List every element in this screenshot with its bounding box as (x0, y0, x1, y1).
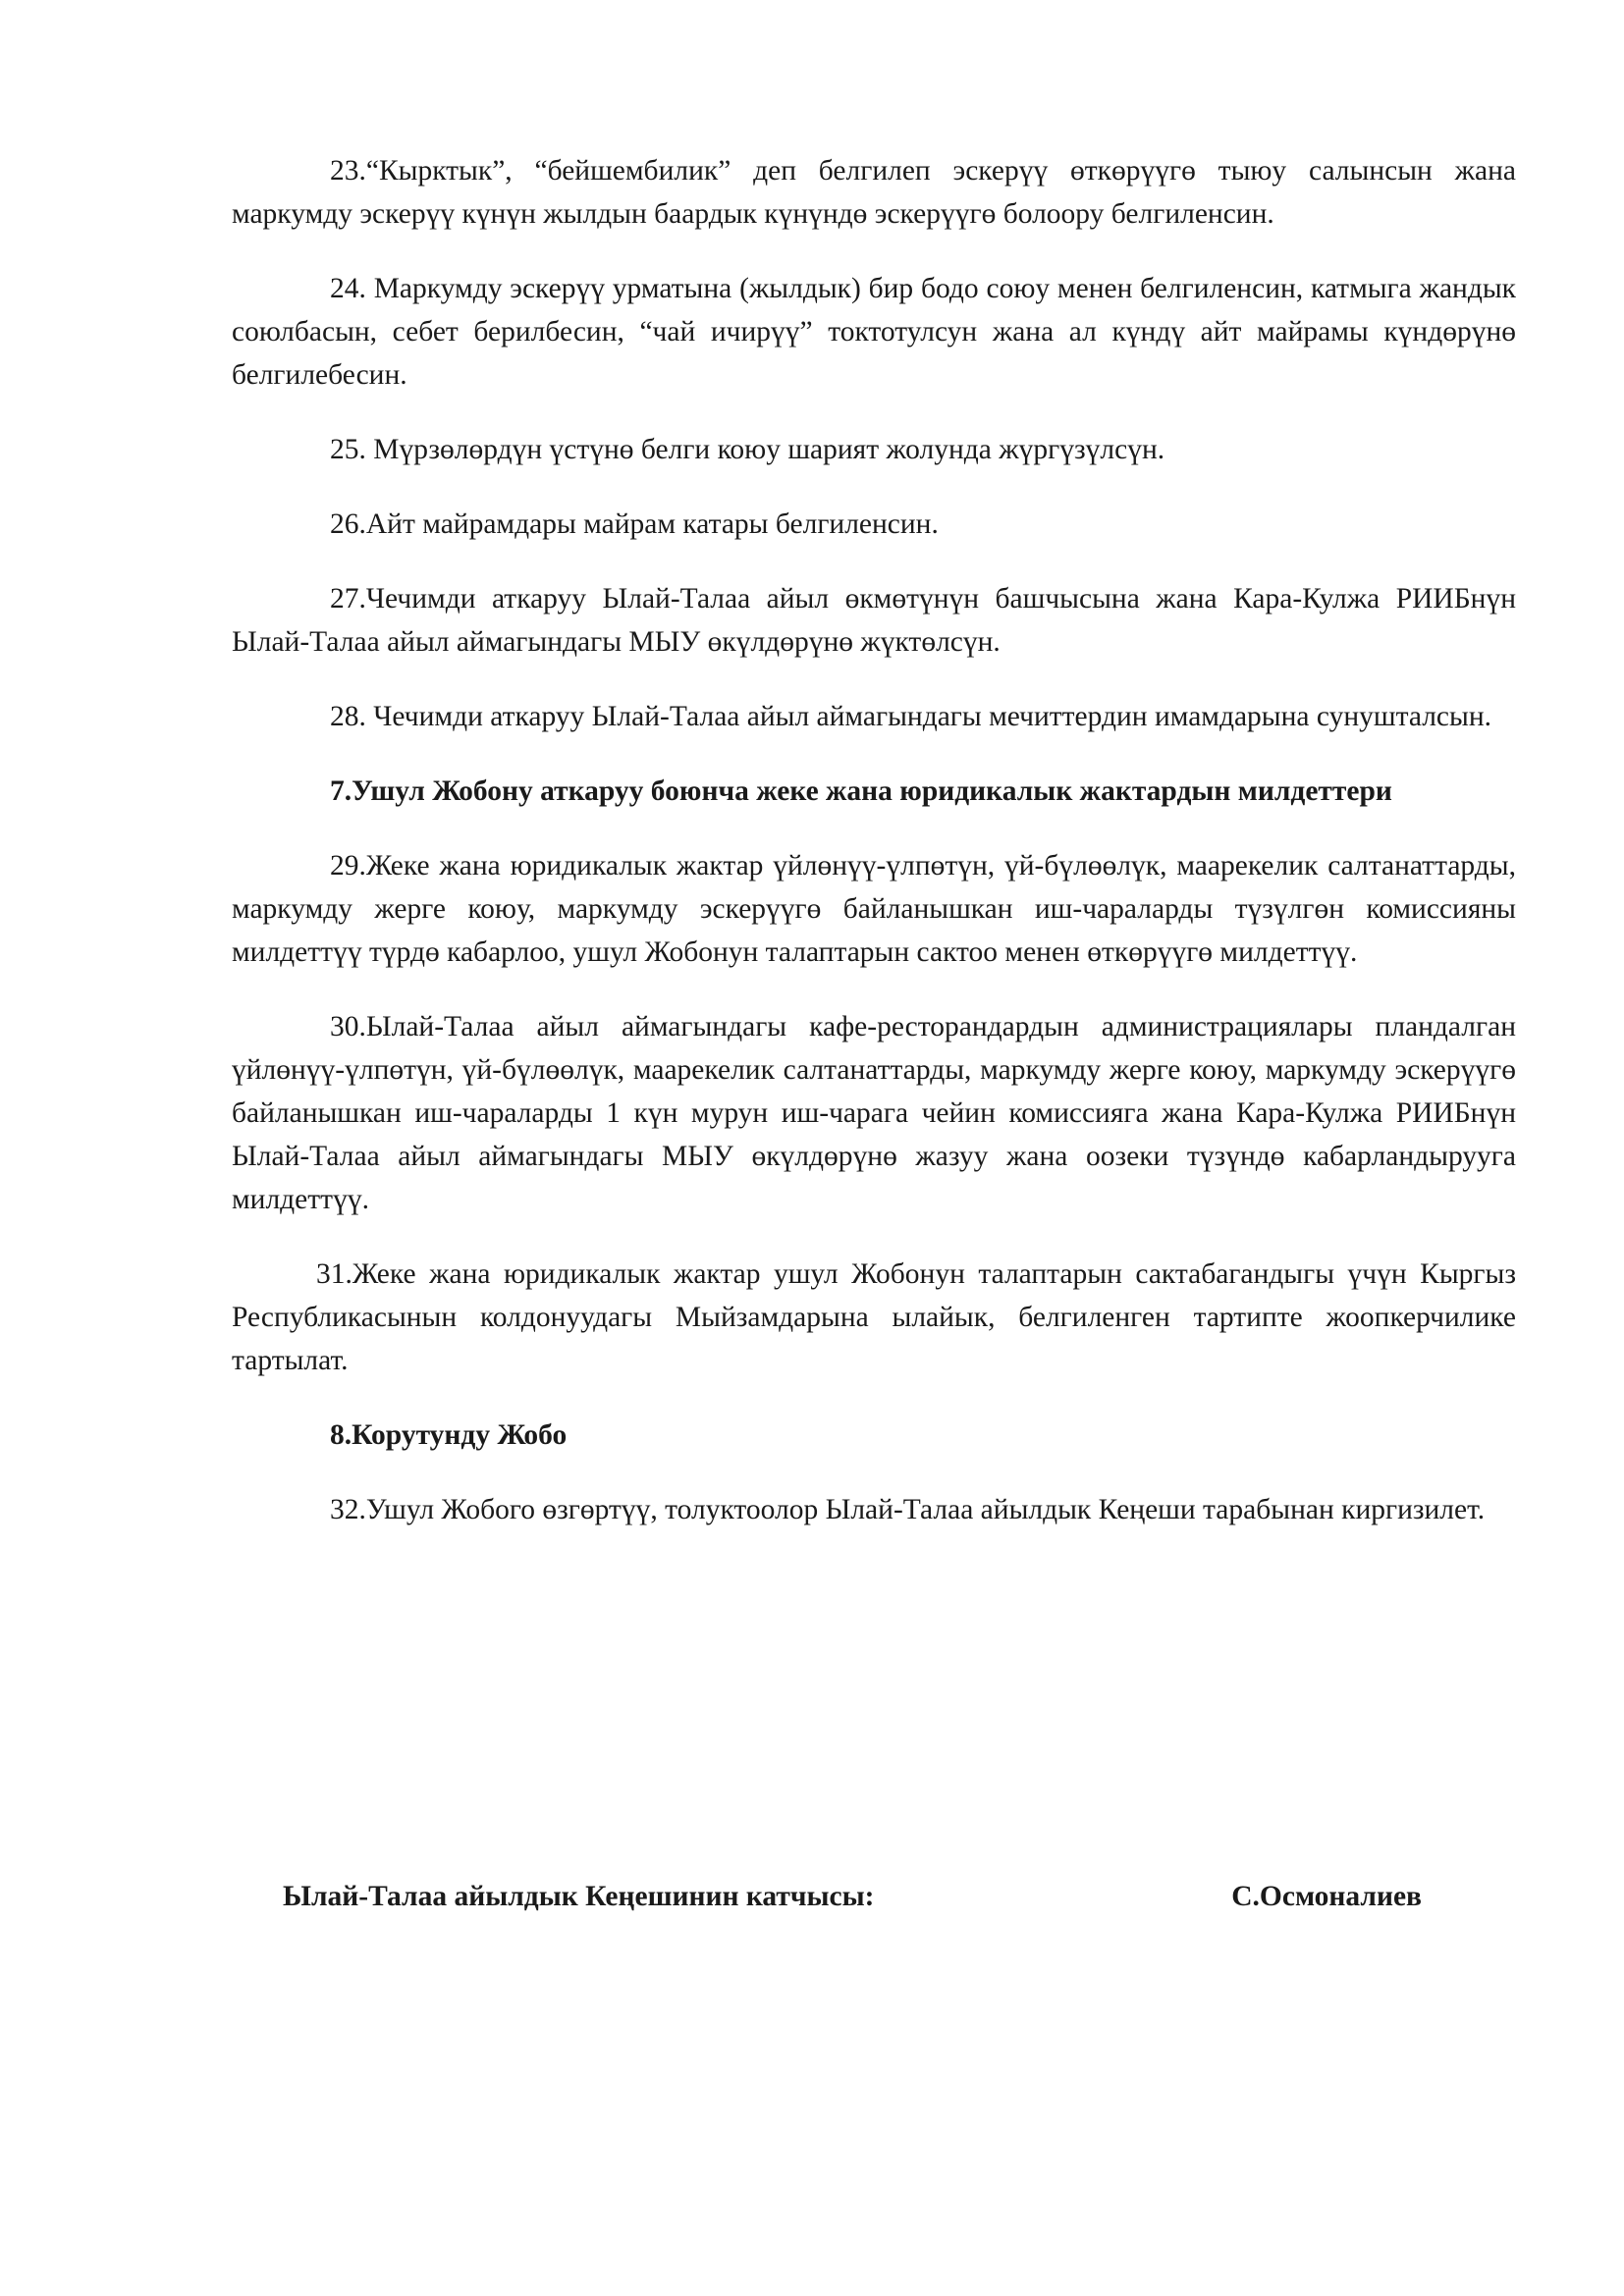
clause-25: 25. Мүрзөлөрдүн үстүнө белги коюу шарият… (232, 428, 1516, 471)
clause-29: 29.Жеке жана юридикалык жактар үйлөнүү-ү… (232, 844, 1516, 974)
clause-28: 28. Чечимди аткаруу Ылай-Талаа айыл айма… (232, 695, 1516, 738)
signatory-name: С.Осмоналиев (1231, 1875, 1422, 1918)
clause-30: 30.Ылай-Талаа айыл аймагындагы кафе-рест… (232, 1005, 1516, 1221)
clause-24: 24. Маркумду эскерүү урматына (жылдык) б… (232, 267, 1516, 397)
clause-27: 27.Чечимди аткаруу Ылай-Талаа айыл өкмөт… (232, 577, 1516, 664)
section-heading-7: 7.Ушул Жобону аткаруу боюнча жеке жана ю… (232, 770, 1516, 813)
clause-26: 26.Айт майрамдары майрам катары белгилен… (232, 503, 1516, 546)
clause-31: 31.Жеке жана юридикалык жактар ушул Жобо… (232, 1253, 1516, 1382)
section-heading-8: 8.Корутунду Жобо (232, 1414, 1516, 1457)
clause-32: 32.Ушул Жобого өзгөртүү, толуктоолор Ыла… (232, 1488, 1516, 1531)
signatory-title: Ылай-Талаа айылдык Кеңешинин катчысы: (283, 1875, 875, 1918)
document-page: 23.“Кырктык”, “бейшембилик” деп белгилеп… (232, 149, 1516, 1563)
clause-23: 23.“Кырктык”, “бейшембилик” деп белгилеп… (232, 149, 1516, 236)
